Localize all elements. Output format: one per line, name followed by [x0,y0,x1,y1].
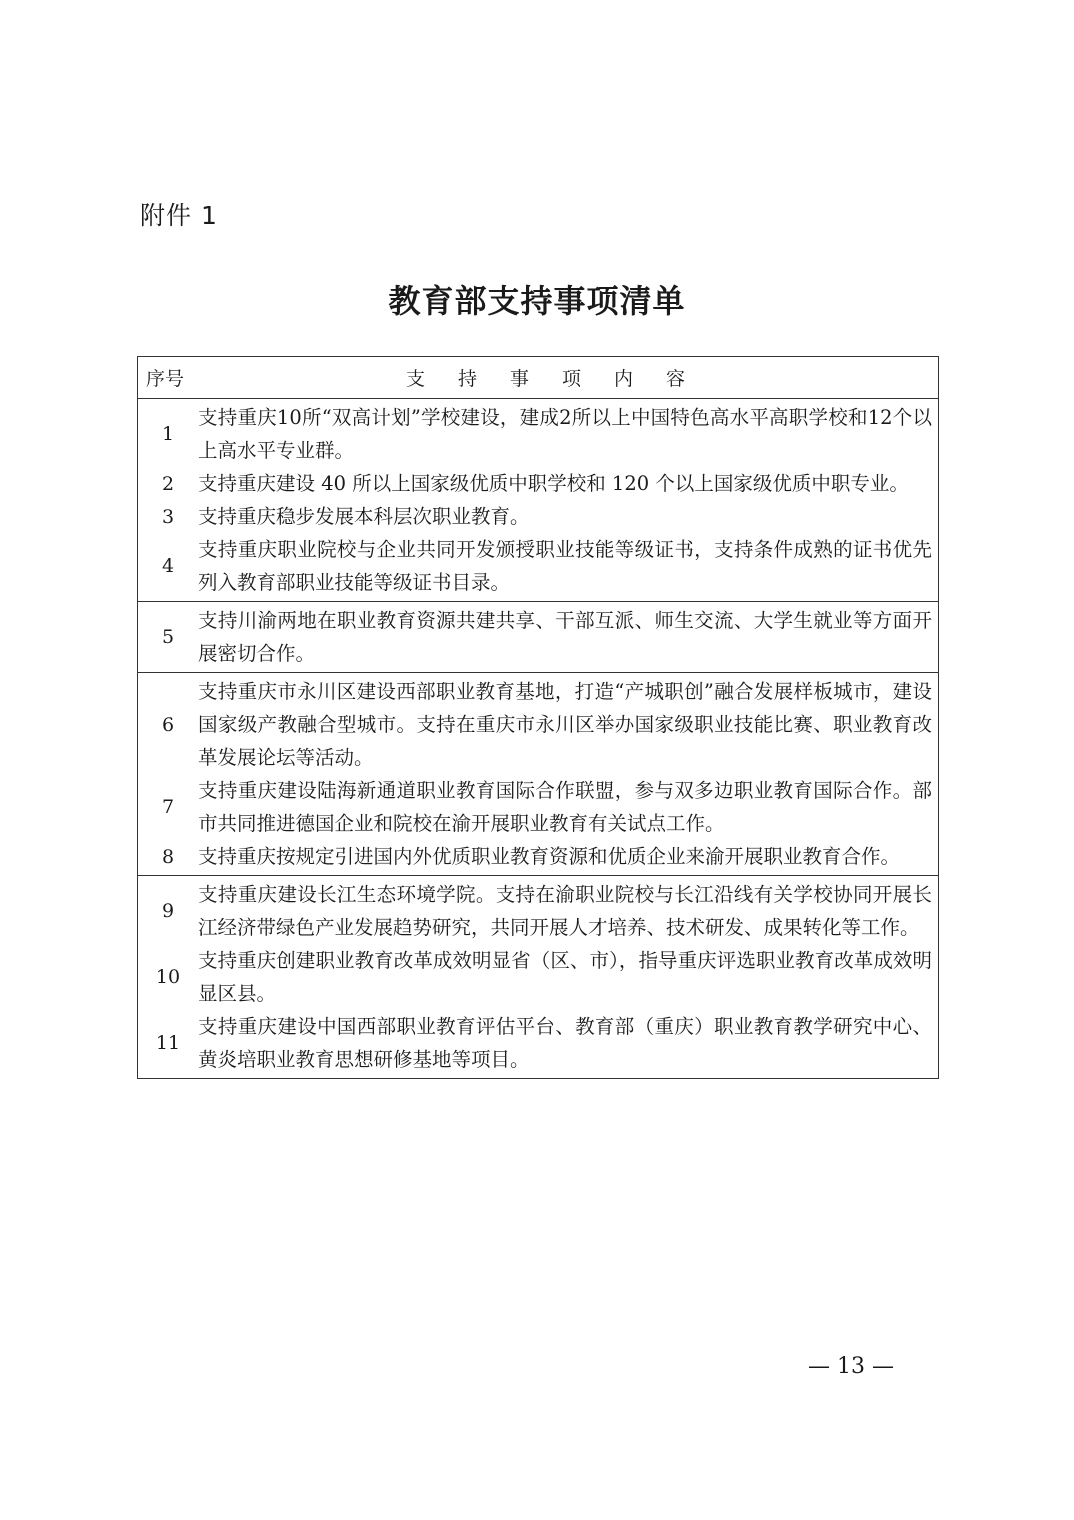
row-text: 支持重庆市永川区建设西部职业教育基地，打造“产城职创”融合发展样板城市，建设国家… [198,675,938,774]
header-content: 支持事项内容 [206,364,938,391]
table-row: 2支持重庆建设 40 所以上国家级优质中职学校和 120 个以上国家级优质中职专… [138,467,938,500]
table-row: 7支持重庆建设陆海新通道职业教育国际合作联盟，参与双多边职业教育国际合作。部市共… [138,774,938,840]
table-group: 1支持重庆10所“双高计划”学校建设，建成2所以上中国特色高水平高职学校和12个… [138,399,938,602]
table-row: 8支持重庆按规定引进国内外优质职业教育资源和优质企业来渝开展职业教育合作。 [138,840,938,873]
row-number: 7 [138,796,198,818]
row-text: 支持川渝两地在职业教育资源共建共享、干部互派、师生交流、大学生就业等方面开展密切… [198,604,938,670]
row-number: 4 [138,555,198,577]
row-text: 支持重庆建设中国西部职业教育评估平台、教育部（重庆）职业教育教学研究中心、黄炎培… [198,1010,938,1076]
table-row: 1支持重庆10所“双高计划”学校建设，建成2所以上中国特色高水平高职学校和12个… [138,401,938,467]
table-row: 5支持川渝两地在职业教育资源共建共享、干部互派、师生交流、大学生就业等方面开展密… [138,604,938,670]
row-text: 支持重庆建设 40 所以上国家级优质中职学校和 120 个以上国家级优质中职专业… [198,467,938,500]
table-header: 序号 支持事项内容 [138,357,938,399]
row-text: 支持重庆10所“双高计划”学校建设，建成2所以上中国特色高水平高职学校和12个以… [198,401,938,467]
table-row: 10支持重庆创建职业教育改革成效明显省（区、市），指导重庆评选职业教育改革成效明… [138,944,938,1010]
page-number: — 13 — [808,1354,894,1379]
table-group: 9支持重庆建设长江生态环境学院。支持在渝职业院校与长江沿线有关学校协同开展长江经… [138,876,938,1078]
table-row: 6支持重庆市永川区建设西部职业教育基地，打造“产城职创”融合发展样板城市，建设国… [138,675,938,774]
row-text: 支持重庆稳步发展本科层次职业教育。 [198,500,938,533]
header-serial: 序号 [138,364,206,391]
table-row: 9支持重庆建设长江生态环境学院。支持在渝职业院校与长江沿线有关学校协同开展长江经… [138,878,938,944]
row-number: 3 [138,506,198,528]
row-number: 2 [138,473,198,495]
table-group: 6支持重庆市永川区建设西部职业教育基地，打造“产城职创”融合发展样板城市，建设国… [138,673,938,876]
row-number: 11 [138,1032,198,1054]
row-number: 6 [138,714,198,736]
row-number: 5 [138,626,198,648]
row-number: 9 [138,900,198,922]
row-text: 支持重庆建设陆海新通道职业教育国际合作联盟，参与双多边职业教育国际合作。部市共同… [198,774,938,840]
table-row: 3支持重庆稳步发展本科层次职业教育。 [138,500,938,533]
row-text: 支持重庆创建职业教育改革成效明显省（区、市），指导重庆评选职业教育改革成效明显区… [198,944,938,1010]
row-number: 10 [138,966,198,988]
table-row: 11支持重庆建设中国西部职业教育评估平台、教育部（重庆）职业教育教学研究中心、黄… [138,1010,938,1076]
row-number: 1 [138,423,198,445]
attachment-label: 附件 1 [140,196,218,232]
table-group: 5支持川渝两地在职业教育资源共建共享、干部互派、师生交流、大学生就业等方面开展密… [138,602,938,673]
support-items-table: 序号 支持事项内容 1支持重庆10所“双高计划”学校建设，建成2所以上中国特色高… [137,356,939,1079]
row-text: 支持重庆建设长江生态环境学院。支持在渝职业院校与长江沿线有关学校协同开展长江经济… [198,878,938,944]
document-title: 教育部支持事项清单 [0,276,1074,322]
row-number: 8 [138,846,198,868]
row-text: 支持重庆职业院校与企业共同开发颁授职业技能等级证书，支持条件成熟的证书优先列入教… [198,533,938,599]
row-text: 支持重庆按规定引进国内外优质职业教育资源和优质企业来渝开展职业教育合作。 [198,840,938,873]
table-row: 4支持重庆职业院校与企业共同开发颁授职业技能等级证书，支持条件成熟的证书优先列入… [138,533,938,599]
